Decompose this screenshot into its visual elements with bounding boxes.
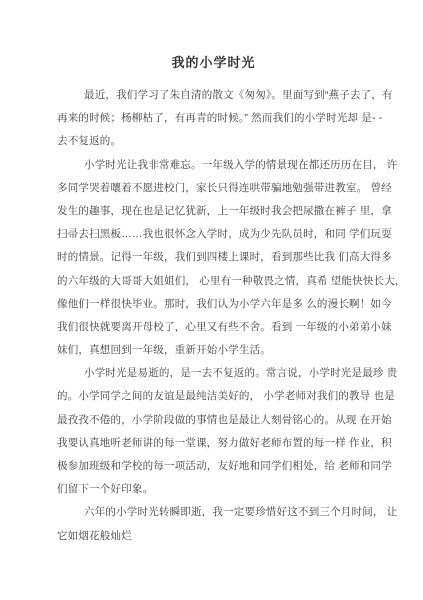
essay-line: 像他们一样很快毕业。那时，我们认为小学六年是多 么的漫长啊！如今: [57, 293, 370, 316]
essay-line: 最孜孜不倦的，小学阶段做的事情也是最让人刻骨铭心的。从现 在开始: [57, 409, 370, 432]
essay-title: 我的小学时光: [57, 54, 370, 71]
document-page: 我的小学时光 最近，我们学习了朱自清的散文《匆匆》。里面写到“燕子去了，有再来的…: [0, 0, 423, 600]
essay-line: 它如烟花般灿烂: [57, 525, 370, 548]
essay-line: 小学时光是易逝的，是一去不复返的。常言说，小学时光是最珍 贵: [57, 362, 370, 385]
essay-line: 的。小学同学之间的友谊是最纯洁美好的， 小学老师对我们的教导 也是: [57, 385, 370, 408]
essay-line: 最近，我们学习了朱自清的散文《匆匆》。里面写到“燕子去了，有: [57, 84, 370, 107]
essay-line: 极参加班级和学校的每一项活动，友好地和同学们相处，给 老师和同学: [57, 455, 370, 478]
essay-line: 妹们，真想回到一年级，重新开始小学生活。: [57, 339, 370, 362]
essay-line: 多同学哭着嚷着不愿进校门，家长只得连哄带骗地勉强带进教室。 曾经: [57, 177, 370, 200]
essay-line: 去不复返的。: [57, 130, 370, 153]
essay-body: 最近，我们学习了朱自清的散文《匆匆》。里面写到“燕子去了，有再来的时候；杨柳枯了…: [57, 84, 370, 548]
essay-line: 时的情景。记得一年级，我们到四楼上课时，看到那些比我 们高大得多: [57, 246, 370, 269]
essay-line: 再来的时候；杨柳枯了，有再青的时候。” 然而我们的小学时光却 是- -: [57, 107, 370, 130]
essay-line: 发生的趣事，现在也是记忆犹新，上一年级时我会把尿撒在裤子 里，拿: [57, 200, 370, 223]
essay-line: 的六年级的大哥哥大姐姐们， 心里有一种敬畏之情，真希 望能快快长大，: [57, 270, 370, 293]
essay-line: 小学时光让我非常难忘。一年级入学的情景现在都还历历在目， 许: [57, 154, 370, 177]
essay-line: 我要认真地听老师讲的每一堂课，努力做好老师布置的每一样 作业，积: [57, 432, 370, 455]
essay-line: 六年的小学时光转瞬即逝，我一定要珍惜好这不到三个月时间， 让: [57, 501, 370, 524]
essay-line: 扫帚去扫黑板……我也很怀念入学时，成为少先队员时，和同 学们玩耍: [57, 223, 370, 246]
essay-line: 我们很快就要离开母校了，心里又有些不舍。看到 一年级的小弟弟小妹: [57, 316, 370, 339]
essay-line: 们留下一个好印象。: [57, 478, 370, 501]
